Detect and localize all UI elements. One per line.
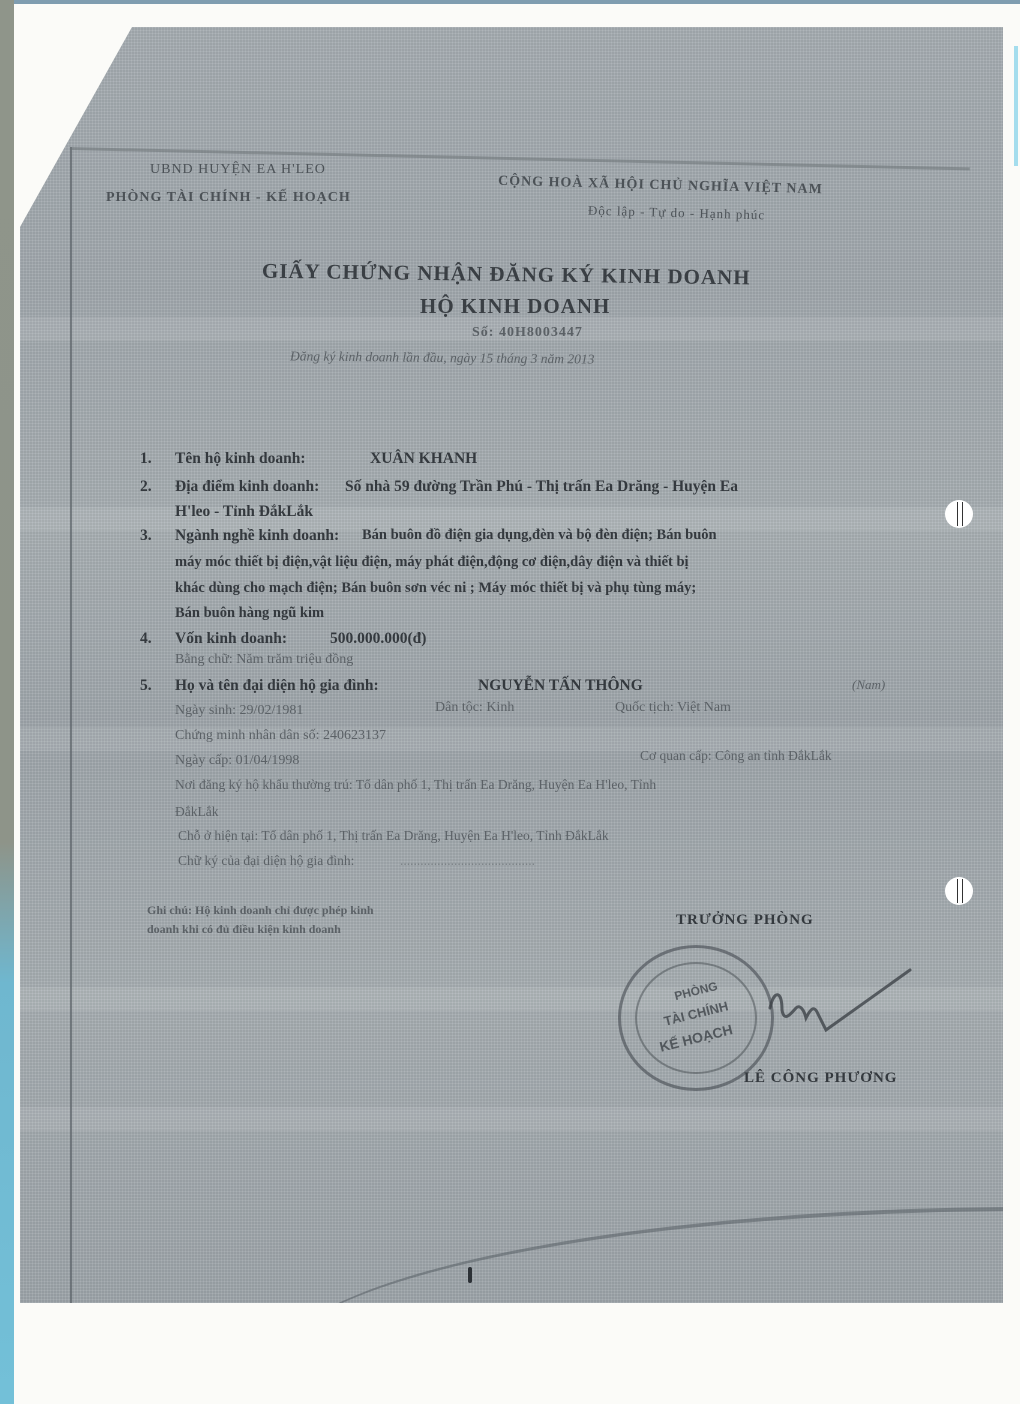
certificate-number: Số: 40H8003447 bbox=[472, 325, 583, 341]
page-curl-shadow bbox=[270, 1207, 1020, 1371]
department-line: PHÒNG TÀI CHÍNH - KẾ HOẠCH bbox=[106, 190, 351, 206]
id-number: Chứng minh nhân dân số: 240623137 bbox=[175, 728, 386, 744]
representative-gender: (Nam) bbox=[852, 677, 885, 693]
scanner-edge bbox=[0, 0, 14, 1404]
id-issue-date: Ngày cấp: 01/04/1998 bbox=[175, 753, 299, 769]
punch-hole bbox=[945, 500, 973, 528]
representative-name: NGUYỄN TẤN THÔNG bbox=[478, 677, 643, 695]
item-number: 5. bbox=[140, 677, 152, 695]
representative-label: Họ và tên đại diện hộ gia đình: bbox=[175, 677, 379, 695]
authority-line: UBND HUYỆN EA H'LEO bbox=[150, 162, 326, 178]
note-line: doanh khi có đủ điều kiện kinh doanh bbox=[147, 922, 341, 937]
item-number: 2. bbox=[140, 478, 152, 496]
item-number: 3. bbox=[140, 527, 152, 545]
capital-in-words: Bằng chữ: Năm trăm triệu đồng bbox=[175, 652, 353, 668]
business-lines-text: Bán buôn hàng ngũ kim bbox=[175, 605, 324, 622]
scanner-right-edge bbox=[1014, 46, 1018, 166]
business-address-label: Địa điểm kinh doanh: bbox=[175, 478, 319, 496]
id-issuer: Cơ quan cấp: Công an tỉnh ĐắkLắk bbox=[640, 748, 832, 764]
scan-band bbox=[20, 1107, 1003, 1131]
nationality: Quốc tịch: Việt Nam bbox=[615, 700, 731, 716]
signer-position: TRƯỞNG PHÒNG bbox=[676, 912, 814, 929]
item-number: 1. bbox=[140, 450, 152, 468]
business-lines-text: Bán buôn đồ điện gia dụng,đèn và bộ đèn … bbox=[362, 527, 717, 544]
signature-placeholder: ........................................ bbox=[400, 853, 535, 869]
scanned-document bbox=[20, 27, 1003, 1303]
business-address-value: Số nhà 59 đường Trần Phú - Thị trấn Ea D… bbox=[345, 478, 738, 496]
permanent-address-cont: ĐắkLắk bbox=[175, 804, 218, 820]
punch-hole bbox=[945, 877, 973, 905]
signer-name: LÊ CÔNG PHƯƠNG bbox=[744, 1070, 897, 1087]
date-of-birth: Ngày sinh: 29/02/1981 bbox=[175, 703, 303, 719]
scanner-top-edge bbox=[14, 0, 1020, 4]
note-line: Ghi chú: Hộ kinh doanh chỉ được phép kin… bbox=[147, 903, 374, 918]
business-address-cont: H'leo - Tỉnh ĐắkLắk bbox=[175, 503, 313, 521]
scan-band bbox=[20, 727, 1003, 751]
permanent-address: Nơi đăng ký hộ khẩu thường trú: Tổ dân p… bbox=[175, 777, 656, 793]
business-name-label: Tên hộ kinh doanh: bbox=[175, 450, 306, 468]
signature-label: Chữ ký của đại diện hộ gia đình: bbox=[178, 853, 354, 869]
document-subtitle: HỘ KINH DOANH bbox=[420, 294, 610, 319]
business-lines-text: khác dùng cho mạch điện; Bán buôn sơn vé… bbox=[175, 580, 696, 597]
business-name-value: XUÂN KHANH bbox=[370, 450, 477, 468]
business-lines-label: Ngành nghề kinh doanh: bbox=[175, 527, 339, 545]
capital-value: 500.000.000(đ) bbox=[330, 630, 426, 648]
signature-mark bbox=[760, 960, 960, 1070]
speck-mark bbox=[468, 1267, 472, 1283]
registration-date: Đăng ký kinh doanh lần đầu, ngày 15 thán… bbox=[290, 348, 595, 367]
current-address: Chỗ ở hiện tại: Tổ dân phố 1, Thị trấn E… bbox=[178, 828, 609, 844]
item-number: 4. bbox=[140, 630, 152, 648]
capital-label: Vốn kinh doanh: bbox=[175, 630, 287, 648]
business-lines-text: máy móc thiết bị điện,vật liệu điện, máy… bbox=[175, 554, 689, 571]
ethnicity: Dân tộc: Kinh bbox=[435, 700, 514, 716]
page-border-line bbox=[70, 147, 72, 1303]
